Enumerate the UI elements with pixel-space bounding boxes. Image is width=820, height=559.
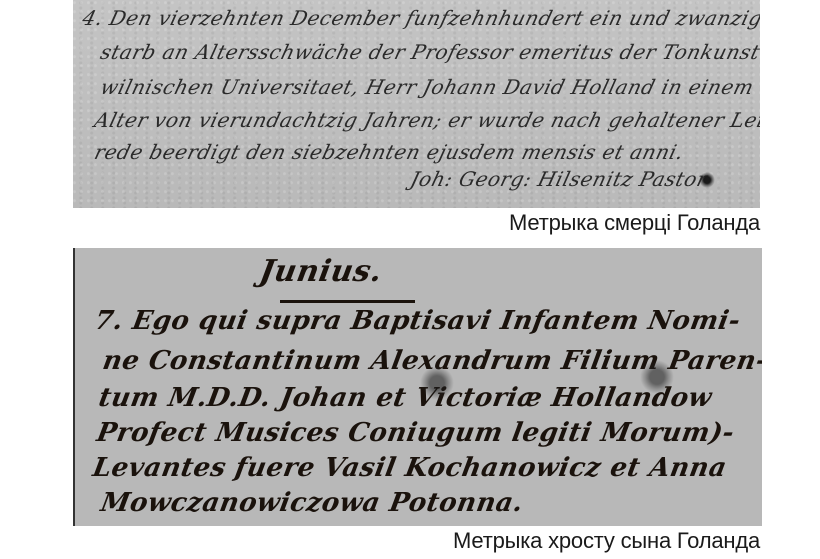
pastor-signature: Joh: Georg: Hilsenitz Pastor: [408, 167, 710, 191]
manuscript-line: Alter von vierundachtzig Jahren; er wurd…: [92, 108, 760, 132]
ink-blot: [420, 366, 454, 400]
manuscript-line: 4. Den vierzehnten December funfzehnhund…: [80, 6, 760, 30]
manuscript-line: Profect Musices Coniugum legiti Morum)-: [94, 418, 736, 448]
manuscript-line: starb an Altersschwäche der Professor em…: [98, 40, 760, 64]
month-heading: Junius.: [257, 254, 385, 289]
manuscript-line: tum M.D.D. Johan et Victoriæ Hollandow: [96, 383, 714, 413]
manuscript-line: wilnischen Universitaet, Herr Johann Dav…: [98, 75, 756, 99]
heading-underline: [280, 300, 415, 303]
ink-blot: [640, 360, 674, 394]
death-record-scan: 4. Den vierzehnten December funfzehnhund…: [73, 0, 760, 208]
manuscript-line: rede beerdigt den siebzehnten ejusdem me…: [92, 140, 687, 164]
manuscript-line: Levantes fuere Vasil Kochanowicz et Anna: [90, 453, 729, 483]
ink-blot: [699, 172, 715, 188]
baptism-record-scan: Junius. 7. Ego qui supra Baptisavi Infan…: [73, 248, 762, 526]
manuscript-line: Mowczanowiczowa Potonna.: [98, 488, 525, 518]
manuscript-line: 7. Ego qui supra Baptisavi Infantem Nomi…: [92, 306, 743, 336]
baptism-record-caption: Метрыка хросту сына Голанда: [453, 528, 760, 554]
death-record-caption: Метрыка смерці Голанда: [509, 210, 760, 236]
